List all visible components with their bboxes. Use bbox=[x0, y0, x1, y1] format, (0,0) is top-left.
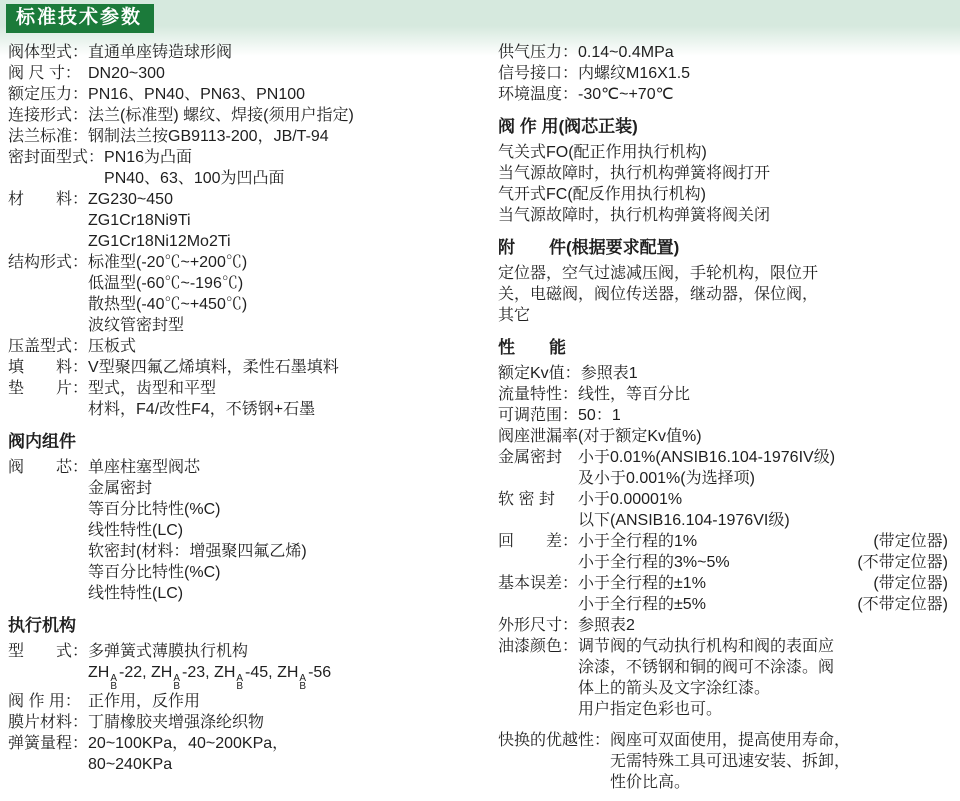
spec-value: 直通单座铸造球形阀 bbox=[88, 42, 232, 63]
spec-section: 阀体型式：直通单座铸造球形阀阀 尺 寸：DN20~300额定压力：PN16、PN… bbox=[8, 42, 482, 420]
spec-value: 定位器，空气过滤减压阀，手轮机构，限位开 bbox=[498, 263, 818, 284]
spec-value: 当气源故障时，执行机构弹簧将阀打开 bbox=[498, 163, 770, 184]
spec-label: 型 式： bbox=[8, 641, 88, 662]
spec-row: 结构形式：低温型(-60℃~-196℃) bbox=[8, 273, 482, 294]
spec-row: 外形尺寸：参照表2 bbox=[498, 615, 950, 636]
spec-label: 阀 作 用： bbox=[8, 691, 88, 712]
spec-value: PN40、63、100为凹凸面 bbox=[104, 168, 285, 189]
spec-value: 单座柱塞型阀芯 bbox=[88, 457, 200, 478]
spec-value: 关，电磁阀，阀位传送器，继动器，保位阀， bbox=[498, 284, 818, 305]
spec-label: 法兰标准： bbox=[8, 126, 88, 147]
spec-text: 小于全行程的1% bbox=[578, 531, 697, 552]
spec-row: 软 密 封小于0.00001% bbox=[498, 489, 950, 510]
spec-row: 型 式：多弹簧式薄膜执行机构 bbox=[8, 641, 482, 662]
spec-row: 油漆颜色：用户指定色彩也可。 bbox=[498, 699, 950, 720]
spec-value: 小于全行程的±1%(带定位器) bbox=[578, 573, 950, 594]
spec-row: 阀 芯：线性特性(LC) bbox=[8, 583, 482, 604]
spec-row: 阀 尺 寸：DN20~300 bbox=[8, 63, 482, 84]
spec-section: 性 能额定Kv值：参照表1流量特性：线性，等百分比可调范围：50：1阀座泄漏率(… bbox=[498, 337, 950, 720]
spec-row: 压盖型式：压板式 bbox=[8, 336, 482, 357]
spec-row: 环境温度：-30℃~+70℃ bbox=[498, 84, 950, 105]
spec-row: 油漆颜色：涂漆，不锈钢和铜的阀可不涂漆。阀 bbox=[498, 657, 950, 678]
spec-value: V型聚四氟乙烯填料，柔性石墨填料 bbox=[88, 357, 339, 378]
stack-bottom: B bbox=[110, 683, 117, 691]
spec-value: 等百分比特性(%C) bbox=[88, 562, 220, 583]
ab-stack: AB bbox=[173, 675, 180, 691]
spec-row: 软 密 封以下(ANSIB16.104-1976VI级) bbox=[498, 510, 950, 531]
spec-text: 小于全行程的3%~5% bbox=[578, 552, 730, 573]
spec-section: 附 件(根据要求配置)定位器，空气过滤减压阀，手轮机构，限位开关，电磁阀，阀位传… bbox=[498, 237, 950, 326]
spec-value: 体上的箭头及文字涂红漆。 bbox=[578, 678, 770, 699]
spec-row: 可调范围：50：1 bbox=[498, 405, 950, 426]
spec-row: 型 式：ZHAB-22, ZHAB-23, ZHAB-45, ZHAB-56 bbox=[8, 662, 482, 691]
spec-value: -30℃~+70℃ bbox=[578, 84, 674, 105]
spec-label: 流量特性： bbox=[498, 384, 578, 405]
spec-value: 其它 bbox=[498, 305, 530, 326]
spec-value: 以下(ANSIB16.104-1976VI级) bbox=[578, 510, 790, 531]
spec-value: 气关式FO(配正作用执行机构) bbox=[498, 142, 707, 163]
spec-row: 垫 片：型式，齿型和平型 bbox=[8, 378, 482, 399]
spec-row: 气关式FO(配正作用执行机构) bbox=[498, 142, 950, 163]
section-heading: 附 件(根据要求配置) bbox=[498, 237, 950, 258]
spec-label: 材 料： bbox=[8, 189, 88, 210]
spec-row: 额定Kv值：参照表1 bbox=[498, 363, 950, 384]
spec-value: 参照表1 bbox=[581, 363, 638, 384]
stack-bottom: B bbox=[173, 683, 180, 691]
spec-value: 当气源故障时，执行机构弹簧将阀关闭 bbox=[498, 205, 770, 226]
spec-text: 小于全行程的±5% bbox=[578, 594, 706, 615]
spec-row: 材 料：ZG1Cr18Ni9Ti bbox=[8, 210, 482, 231]
spec-row: 连接形式：法兰(标准型) 螺纹、焊接(须用户指定) bbox=[8, 105, 482, 126]
spec-label: 垫 片： bbox=[8, 378, 88, 399]
spec-value: 型式，齿型和平型 bbox=[88, 378, 216, 399]
spec-label: 快换的优越性： bbox=[498, 730, 610, 751]
spec-value: 及小于0.001%(为选择项) bbox=[578, 468, 755, 489]
section-heading: 阀 作 用(阀芯正装) bbox=[498, 116, 950, 137]
spec-row: 法兰标准：钢制法兰按GB9113-200，JB/T-94 bbox=[8, 126, 482, 147]
spec-row: 金属密封小于0.01%(ANSIB16.104-1976IV级) bbox=[498, 447, 950, 468]
spec-value: 0.14~0.4MPa bbox=[578, 42, 674, 63]
spec-row: 结构形式：波纹管密封型 bbox=[8, 315, 482, 336]
spec-label: 压盖型式： bbox=[8, 336, 88, 357]
spec-row: 阀 芯：等百分比特性(%C) bbox=[8, 562, 482, 583]
spec-value: 小于0.01%(ANSIB16.104-1976IV级) bbox=[578, 447, 835, 468]
section-heading: 性 能 bbox=[498, 337, 950, 358]
spec-label: 额定压力： bbox=[8, 84, 88, 105]
spec-value: 用户指定色彩也可。 bbox=[578, 699, 722, 720]
spec-section: 阀 作 用(阀芯正装)气关式FO(配正作用执行机构)当气源故障时，执行机构弹簧将… bbox=[498, 116, 950, 226]
spec-value: 多弹簧式薄膜执行机构 bbox=[88, 641, 248, 662]
spec-note: (不带定位器) bbox=[857, 594, 950, 615]
spec-label: 连接形式： bbox=[8, 105, 88, 126]
stack-bottom: B bbox=[299, 683, 306, 691]
spec-value: 正作用，反作用 bbox=[88, 691, 200, 712]
spec-value: 调节阀的气动执行机构和阀的表面应 bbox=[578, 636, 834, 657]
spec-row: 材 料：ZG230~450 bbox=[8, 189, 482, 210]
spec-value: 80~240KPa bbox=[88, 754, 172, 775]
spec-value: 涂漆，不锈钢和铜的阀可不涂漆。阀 bbox=[578, 657, 834, 678]
spec-value: 阀座可双面使用，提高使用寿命， bbox=[610, 730, 850, 751]
spec-row: 基本误差：小于全行程的±1%(带定位器) bbox=[498, 573, 950, 594]
spec-value: ZG1Cr18Ni9Ti bbox=[88, 210, 191, 231]
spec-row: 垫 片：材料，F4/改性F4，不锈钢+石墨 bbox=[8, 399, 482, 420]
spec-value: 低温型(-60℃~-196℃) bbox=[88, 273, 243, 294]
section-heading: 执行机构 bbox=[8, 615, 482, 636]
spec-row: 阀座泄漏率(对于额定Kv值%) bbox=[498, 426, 950, 447]
spec-row: 金属密封及小于0.001%(为选择项) bbox=[498, 468, 950, 489]
spec-row: 信号接口：内螺纹M16X1.5 bbox=[498, 63, 950, 84]
spec-value: 等百分比特性(%C) bbox=[88, 499, 220, 520]
spec-text: 小于全行程的±1% bbox=[578, 573, 706, 594]
spec-label: 软 密 封 bbox=[498, 489, 578, 510]
spec-value: PN16为凸面 bbox=[104, 147, 192, 168]
spec-value: 内螺纹M16X1.5 bbox=[578, 63, 690, 84]
spec-value: 线性特性(LC) bbox=[88, 520, 183, 541]
spec-label: 信号接口： bbox=[498, 63, 578, 84]
spec-value: ZG1Cr18Ni12Mo2Ti bbox=[88, 231, 231, 252]
spec-row: 结构形式：散热型(-40℃~+450℃) bbox=[8, 294, 482, 315]
spec-value: 标准型(-20℃~+200℃) bbox=[88, 252, 247, 273]
spec-row: 关，电磁阀，阀位传送器，继动器，保位阀， bbox=[498, 284, 950, 305]
spec-value: 线性特性(LC) bbox=[88, 583, 183, 604]
spec-label: 回 差： bbox=[498, 531, 578, 552]
spec-value: 参照表2 bbox=[578, 615, 635, 636]
spec-row: 当气源故障时，执行机构弹簧将阀关闭 bbox=[498, 205, 950, 226]
spec-label: 阀体型式： bbox=[8, 42, 88, 63]
spec-label: 供气压力： bbox=[498, 42, 578, 63]
spec-section: 阀内组件阀 芯：单座柱塞型阀芯阀 芯：金属密封阀 芯：等百分比特性(%C)阀 芯… bbox=[8, 431, 482, 604]
spec-row: 回 差：小于全行程的1%(带定位器) bbox=[498, 531, 950, 552]
spec-label: 油漆颜色： bbox=[498, 636, 578, 657]
spec-row: 供气压力：0.14~0.4MPa bbox=[498, 42, 950, 63]
spec-row: 基本误差：小于全行程的±5%(不带定位器) bbox=[498, 594, 950, 615]
spec-row: 密封面型式：PN16为凸面 bbox=[8, 147, 482, 168]
spec-note: (不带定位器) bbox=[857, 552, 950, 573]
spec-label: 阀 芯： bbox=[8, 457, 88, 478]
spec-label: 环境温度： bbox=[498, 84, 578, 105]
spec-value: 性价比高。 bbox=[610, 772, 690, 793]
spec-value: 无需特殊工具可迅速安装、拆卸， bbox=[610, 751, 850, 772]
spec-label: 膜片材料： bbox=[8, 712, 88, 733]
spec-row: 定位器，空气过滤减压阀，手轮机构，限位开 bbox=[498, 263, 950, 284]
spec-value: 小于0.00001% bbox=[578, 489, 682, 510]
spec-value: 材料，F4/改性F4，不锈钢+石墨 bbox=[88, 399, 315, 420]
ab-stack: AB bbox=[110, 675, 117, 691]
right-column: 供气压力：0.14~0.4MPa信号接口：内螺纹M16X1.5环境温度：-30℃… bbox=[498, 42, 950, 793]
spec-row: 密封面型式：PN40、63、100为凹凸面 bbox=[8, 168, 482, 189]
spec-row: 填 料：V型聚四氟乙烯填料，柔性石墨填料 bbox=[8, 357, 482, 378]
spec-value: 丁腈橡胶夹增强涤纶织物 bbox=[88, 712, 264, 733]
spec-row: 阀 芯：金属密封 bbox=[8, 478, 482, 499]
spec-value: 软密封(材料：增强聚四氟乙烯) bbox=[88, 541, 307, 562]
spec-row: 结构形式：标准型(-20℃~+200℃) bbox=[8, 252, 482, 273]
spec-value: 散热型(-40℃~+450℃) bbox=[88, 294, 247, 315]
spec-row: 其它 bbox=[498, 305, 950, 326]
spec-row: 阀 芯：线性特性(LC) bbox=[8, 520, 482, 541]
spec-row: 快换的优越性：无需特殊工具可迅速安装、拆卸， bbox=[498, 751, 950, 772]
spec-label: 外形尺寸： bbox=[498, 615, 578, 636]
spec-row: 弹簧量程：20~100KPa，40~200KPa， bbox=[8, 733, 482, 754]
spec-note: (带定位器) bbox=[873, 573, 950, 594]
spec-label: 基本误差： bbox=[498, 573, 578, 594]
spec-value: 法兰(标准型) 螺纹、焊接(须用户指定) bbox=[88, 105, 354, 126]
ab-stack: AB bbox=[299, 675, 306, 691]
spec-label: 密封面型式： bbox=[8, 147, 104, 168]
spec-section: 执行机构型 式：多弹簧式薄膜执行机构型 式：ZHAB-22, ZHAB-23, … bbox=[8, 615, 482, 775]
spec-value: 小于全行程的3%~5%(不带定位器) bbox=[578, 552, 950, 573]
spec-row: 流量特性：线性，等百分比 bbox=[498, 384, 950, 405]
spec-row: 阀体型式：直通单座铸造球形阀 bbox=[8, 42, 482, 63]
spec-value: 阀座泄漏率(对于额定Kv值%) bbox=[498, 426, 702, 447]
spec-value: 50：1 bbox=[578, 405, 621, 426]
spec-row: 额定压力：PN16、PN40、PN63、PN100 bbox=[8, 84, 482, 105]
spec-value: 线性，等百分比 bbox=[578, 384, 690, 405]
spec-section: 供气压力：0.14~0.4MPa信号接口：内螺纹M16X1.5环境温度：-30℃… bbox=[498, 42, 950, 105]
page-title: 标准技术参数 bbox=[6, 4, 154, 33]
spec-value: 钢制法兰按GB9113-200，JB/T-94 bbox=[88, 126, 329, 147]
spec-row: 阀 芯：等百分比特性(%C) bbox=[8, 499, 482, 520]
spec-label: 结构形式： bbox=[8, 252, 88, 273]
spec-row: 气开式FC(配反作用执行机构) bbox=[498, 184, 950, 205]
spec-row: 材 料：ZG1Cr18Ni12Mo2Ti bbox=[8, 231, 482, 252]
spec-label: 弹簧量程： bbox=[8, 733, 88, 754]
spec-label: 填 料： bbox=[8, 357, 88, 378]
spec-row: 阀 芯：软密封(材料：增强聚四氟乙烯) bbox=[8, 541, 482, 562]
spec-label: 金属密封 bbox=[498, 447, 578, 468]
actuator-models-line: ZHAB-22, ZHAB-23, ZHAB-45, ZHAB-56 bbox=[88, 662, 331, 691]
spec-value: 气开式FC(配反作用执行机构) bbox=[498, 184, 706, 205]
spec-value: 压板式 bbox=[88, 336, 136, 357]
stack-bottom: B bbox=[236, 683, 243, 691]
spec-row: 回 差：小于全行程的3%~5%(不带定位器) bbox=[498, 552, 950, 573]
spec-row: 油漆颜色：体上的箭头及文字涂红漆。 bbox=[498, 678, 950, 699]
spec-row: 快换的优越性：性价比高。 bbox=[498, 772, 950, 793]
spec-label: 额定Kv值： bbox=[498, 363, 581, 384]
left-column: 阀体型式：直通单座铸造球形阀阀 尺 寸：DN20~300额定压力：PN16、PN… bbox=[8, 42, 482, 775]
spec-value: 小于全行程的1%(带定位器) bbox=[578, 531, 950, 552]
spec-value: 20~100KPa，40~200KPa， bbox=[88, 733, 288, 754]
spec-value: DN20~300 bbox=[88, 63, 165, 84]
spec-value: PN16、PN40、PN63、PN100 bbox=[88, 84, 305, 105]
spec-row: 快换的优越性：阀座可双面使用，提高使用寿命， bbox=[498, 730, 950, 751]
spec-section: 快换的优越性：阀座可双面使用，提高使用寿命，快换的优越性：无需特殊工具可迅速安装… bbox=[498, 730, 950, 793]
spec-label: 可调范围： bbox=[498, 405, 578, 426]
spec-value: ZG230~450 bbox=[88, 189, 173, 210]
spec-value: 金属密封 bbox=[88, 478, 152, 499]
ab-stack: AB bbox=[236, 675, 243, 691]
spec-label: 阀 尺 寸： bbox=[8, 63, 88, 84]
spec-row: 弹簧量程：80~240KPa bbox=[8, 754, 482, 775]
spec-note: (带定位器) bbox=[873, 531, 950, 552]
spec-row: 阀 芯：单座柱塞型阀芯 bbox=[8, 457, 482, 478]
spec-row: 阀 作 用：正作用，反作用 bbox=[8, 691, 482, 712]
spec-value: 波纹管密封型 bbox=[88, 315, 184, 336]
spec-row: 油漆颜色：调节阀的气动执行机构和阀的表面应 bbox=[498, 636, 950, 657]
spec-row: 膜片材料：丁腈橡胶夹增强涤纶织物 bbox=[8, 712, 482, 733]
spec-row: 当气源故障时，执行机构弹簧将阀打开 bbox=[498, 163, 950, 184]
section-heading: 阀内组件 bbox=[8, 431, 482, 452]
spec-value: 小于全行程的±5%(不带定位器) bbox=[578, 594, 950, 615]
